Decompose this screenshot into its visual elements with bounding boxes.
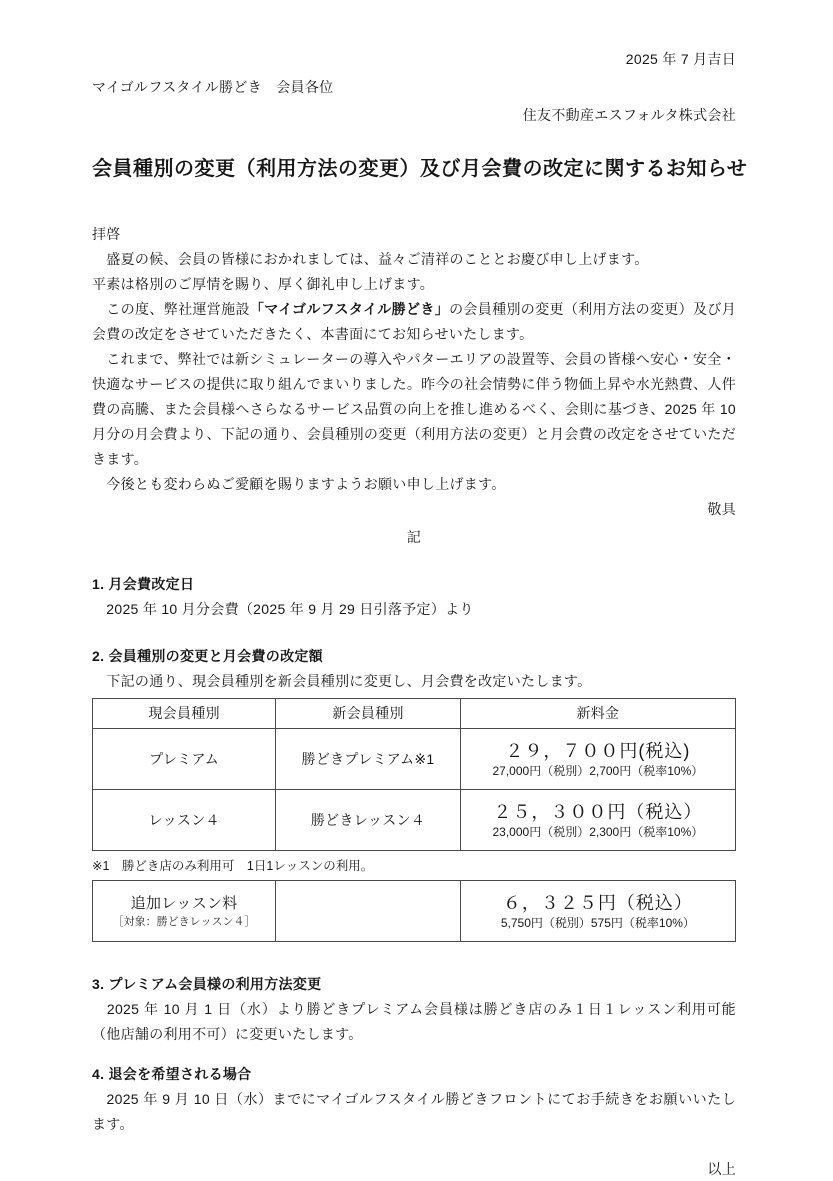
cell-current-lesson4: レッスン４	[93, 790, 276, 851]
header-current-membership: 現会員種別	[93, 699, 276, 729]
sender-company-line: 住友不動産エスフォルタ株式会社	[92, 103, 736, 128]
price-sub-additional: 5,750円（税別）575円（税率10%）	[461, 915, 735, 932]
section-2-body: 下記の通り、現会員種別を新会員種別に変更し、月会費を改定いたします。	[92, 669, 736, 694]
closing-keigu: 敬具	[92, 497, 736, 522]
notice-document-page: 2025 年 7 月吉日 マイゴルフスタイル勝どき 会員各位 住友不動産エスフォ…	[0, 0, 833, 1181]
paragraph-announcement: この度、弊社運営施設「マイゴルフスタイル勝どき」の会員種別の変更（利用方法の変更…	[92, 297, 736, 347]
salutation: 拝啓	[92, 222, 736, 247]
cell-current-premium: プレミアム	[93, 729, 276, 790]
membership-fee-table: 現会員種別 新会員種別 新料金 プレミアム 勝どきプレミアム※1 ２９，７００円…	[92, 698, 736, 851]
section-1-revision-date: 1. 月会費改定日 2025 年 10 月分会費（2025 年 9 月 29 日…	[92, 572, 736, 622]
section-3-usage-change: 3. プレミアム会員様の利用方法変更 2025 年 10 月 1 日（水）より勝…	[92, 972, 736, 1047]
section-3-heading: 3. プレミアム会員様の利用方法変更	[92, 972, 736, 997]
paragraph-background: これまで、弊社では新シミュレーターの導入やパターエリアの設置等、会員の皆様へ安心…	[92, 347, 736, 472]
section-1-body: 2025 年 10 月分会費（2025 年 9 月 29 日引落予定）より	[92, 597, 736, 622]
price-sub-lesson4: 23,000円（税別）2,300円（税率10%）	[461, 824, 735, 841]
record-mark-ki: 記	[92, 525, 736, 550]
addressee-line: マイゴルフスタイル勝どき 会員各位	[92, 75, 736, 100]
section-4-body: 2025 年 9 月 10 日（水）までにマイゴルフスタイル勝どきフロントにてお…	[92, 1087, 736, 1137]
section-4-heading: 4. 退会を希望される場合	[92, 1062, 736, 1087]
additional-lesson-label: 追加レッスン料	[93, 893, 275, 915]
section-2-fee-revision: 2. 会員種別の変更と月会費の改定額 下記の通り、現会員種別を新会員種別に変更し…	[92, 644, 736, 942]
cell-new-premium: 勝どきプレミアム※1	[276, 729, 461, 790]
price-main-premium: ２９，７００円(税込)	[461, 739, 735, 763]
document-date: 2025 年 7 月吉日	[92, 47, 736, 72]
end-mark-ijou: 以上	[92, 1157, 736, 1181]
document-title: 会員種別の変更（利用方法の変更）及び月会費の改定に関するお知らせ	[92, 154, 736, 184]
header-new-fee: 新料金	[460, 699, 735, 729]
cell-price-lesson4: ２５，３００円（税込） 23,000円（税別）2,300円（税率10%）	[460, 790, 735, 851]
cell-additional-lesson-empty	[276, 881, 461, 942]
paragraph-seasonal-greeting: 盛夏の候、会員の皆様におかれましては、益々ご清祥のこととお慶び申し上げます。	[92, 247, 736, 272]
price-sub-premium: 27,000円（税別）2,700円（税率10%）	[461, 763, 735, 780]
cell-new-lesson4: 勝どきレッスン４	[276, 790, 461, 851]
letter-body: 拝啓 盛夏の候、会員の皆様におかれましては、益々ご清祥のこととお慶び申し上げます…	[92, 222, 736, 497]
paragraph-request: 今後とも変わらぬご愛顧を賜りますようお願い申し上げます。	[92, 472, 736, 497]
fee-table-header-row: 現会員種別 新会員種別 新料金	[93, 699, 736, 729]
section-4-withdrawal: 4. 退会を希望される場合 2025 年 9 月 10 日（水）までにマイゴルフ…	[92, 1062, 736, 1137]
section-2-heading: 2. 会員種別の変更と月会費の改定額	[92, 644, 736, 669]
additional-lesson-target: ［対象：勝どきレッスン４］	[93, 915, 275, 929]
cell-additional-lesson-label: 追加レッスン料 ［対象：勝どきレッスン４］	[93, 881, 276, 942]
section-3-body: 2025 年 10 月 1 日（水）より勝どきプレミアム会員様は勝どき店のみ１日…	[92, 997, 736, 1047]
paragraph-thanks: 平素は格別のご厚情を賜り、厚く御礼申し上げます。	[92, 272, 736, 297]
price-main-additional: ６，３２５円（税込）	[461, 891, 735, 915]
price-main-lesson4: ２５，３００円（税込）	[461, 800, 735, 824]
facility-name-bold: 「マイゴルフスタイル勝どき」	[250, 301, 449, 317]
announcement-pre-text: この度、弊社運営施設	[92, 301, 250, 317]
section-1-heading: 1. 月会費改定日	[92, 572, 736, 597]
table-row-lesson4: レッスン４ 勝どきレッスン４ ２５，３００円（税込） 23,000円（税別）2,…	[93, 790, 736, 851]
table-row-premium: プレミアム 勝どきプレミアム※1 ２９，７００円(税込) 27,000円（税別）…	[93, 729, 736, 790]
cell-price-premium: ２９，７００円(税込) 27,000円（税別）2,700円（税率10%）	[460, 729, 735, 790]
header-new-membership: 新会員種別	[276, 699, 461, 729]
cell-price-additional-lesson: ６，３２５円（税込） 5,750円（税別）575円（税率10%）	[460, 881, 735, 942]
table-footnote: ※1 勝どき店のみ利用可 1日1レッスンの利用。	[92, 857, 736, 875]
table-row-additional-lesson: 追加レッスン料 ［対象：勝どきレッスン４］ ６，３２５円（税込） 5,750円（…	[93, 881, 736, 942]
additional-lesson-fee-table: 追加レッスン料 ［対象：勝どきレッスン４］ ６，３２５円（税込） 5,750円（…	[92, 880, 736, 942]
